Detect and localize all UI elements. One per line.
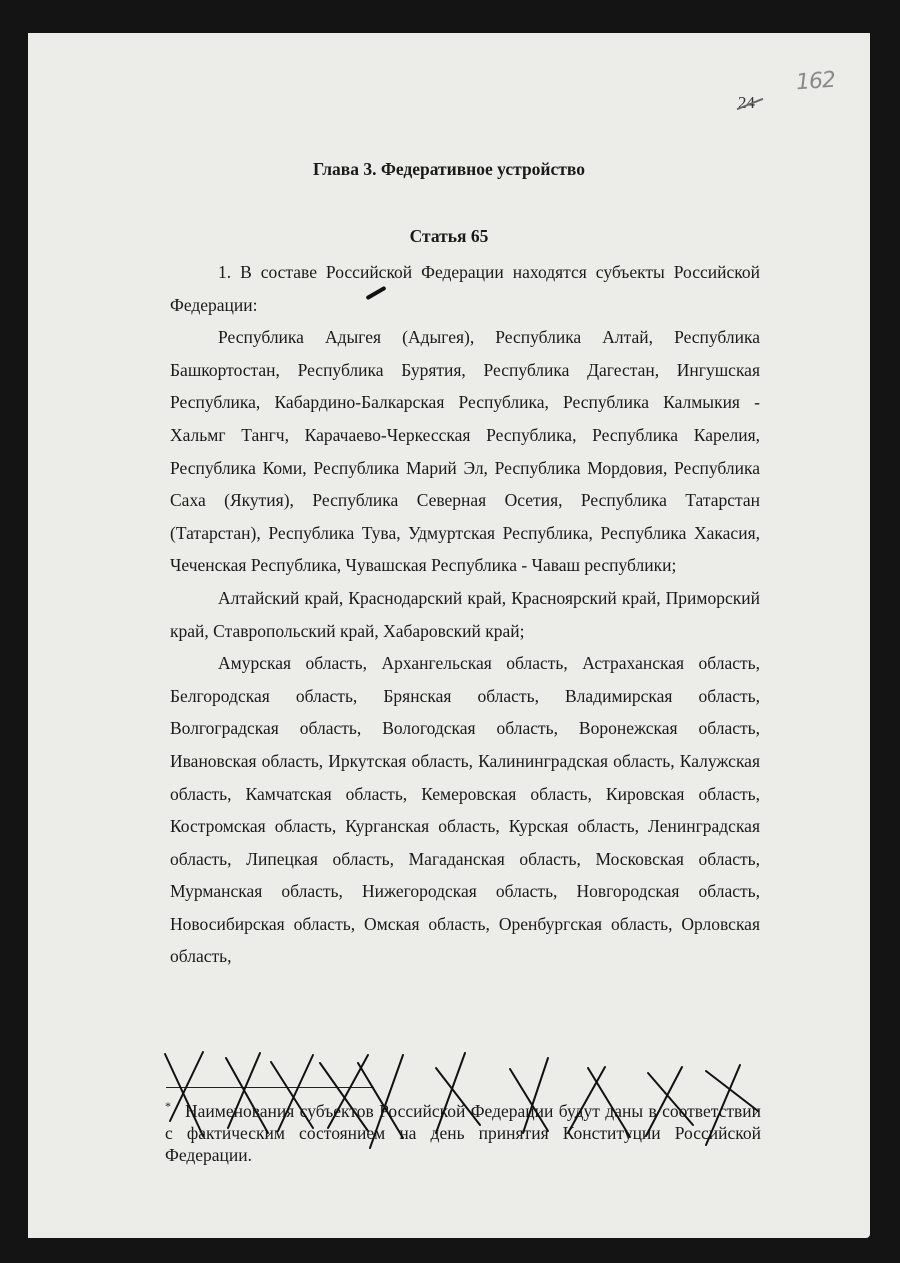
article-paragraph-oblasts: Амурская область, Архангельская область,… (170, 647, 760, 973)
footnote-text: Наименования субъектов Российской Федера… (165, 1101, 761, 1165)
document-page: 162 24 Глава 3. Федеративное устройство … (28, 33, 870, 1238)
article-body: 1. В составе Российской Федерации находя… (170, 256, 760, 973)
chapter-title: Глава 3. Федеративное устройство (28, 159, 870, 180)
article-paragraph-1: 1. В составе Российской Федерации находя… (170, 256, 760, 321)
footnote-divider (166, 1087, 374, 1088)
archive-number-handwritten: 162 (795, 68, 836, 96)
footnote: *Наименования субъектов Российской Федер… (165, 1095, 761, 1166)
article-paragraph-republics: Республика Адыгея (Адыгея), Республика А… (170, 321, 760, 582)
article-title: Статья 65 (28, 226, 870, 247)
footnote-marker: * (165, 1099, 171, 1113)
article-paragraph-krais: Алтайский край, Краснодарский край, Крас… (170, 582, 760, 647)
